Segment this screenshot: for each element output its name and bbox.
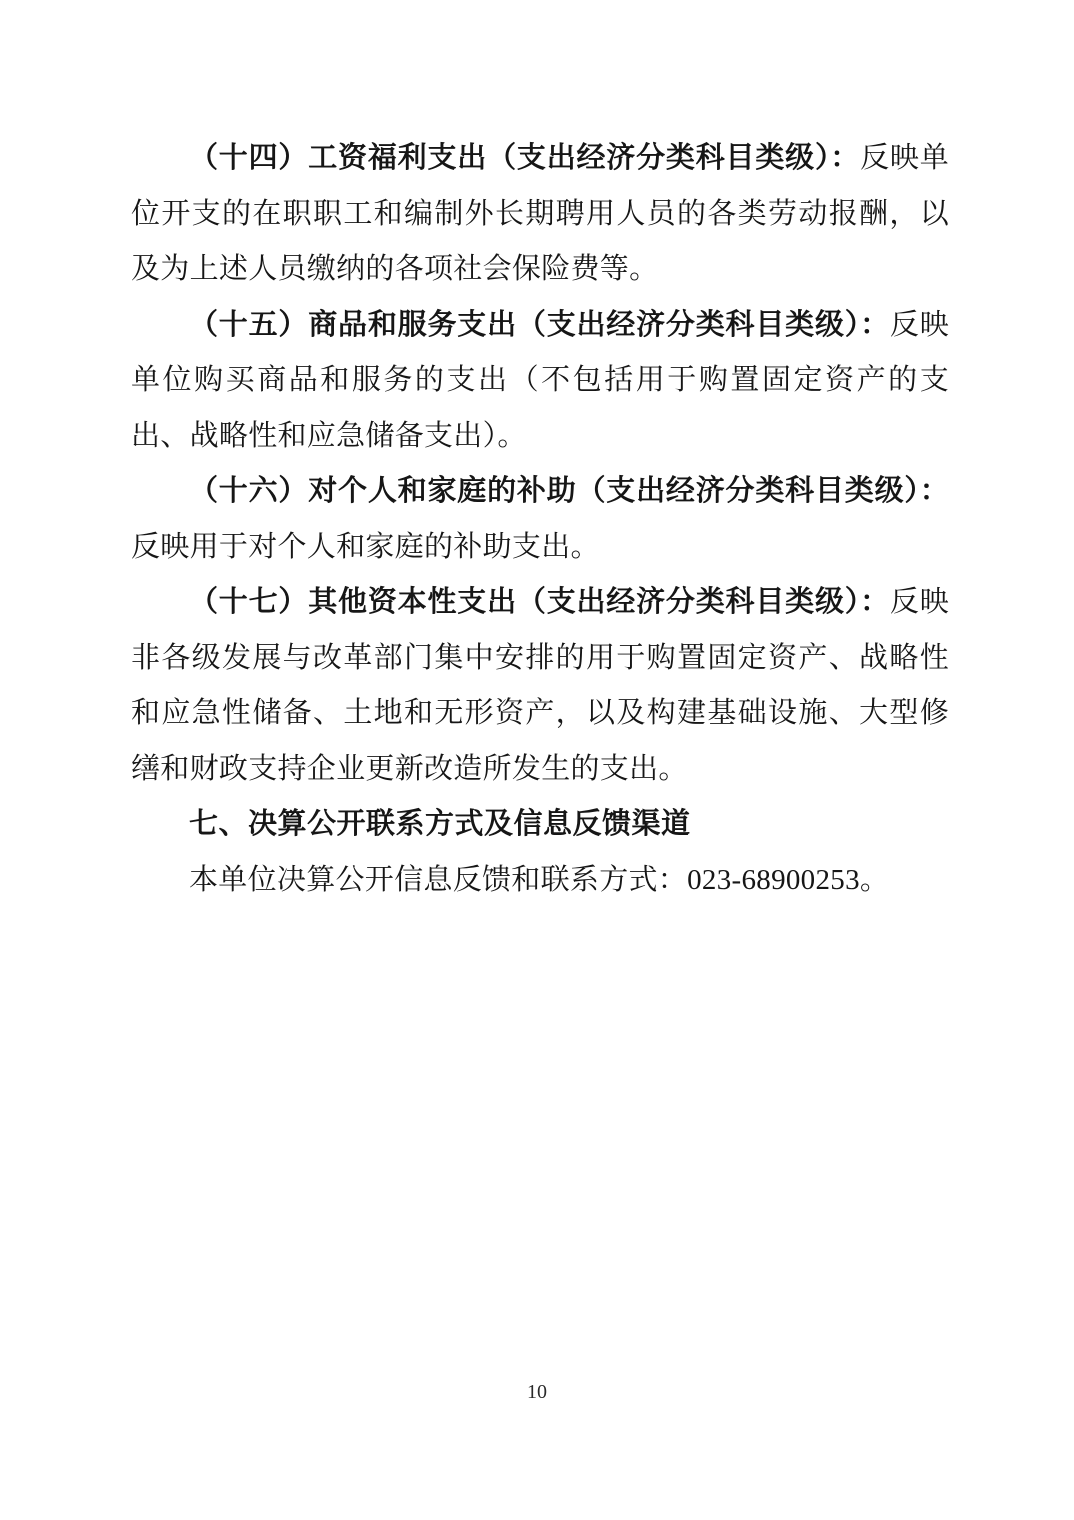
paragraph-lead: （十七）其他资本性支出（支出经济分类科目类级）：: [189, 586, 890, 618]
paragraph-item-15: （十五）商品和服务支出（支出经济分类科目类级）：反映单位购买商品和服务的支出（不…: [131, 298, 949, 465]
paragraph-item-14: （十四）工资福利支出（支出经济分类科目类级）：反映单位开支的在职职工和编制外长期…: [131, 131, 949, 298]
paragraph-lead: （十四）工资福利支出（支出经济分类科目类级）：: [189, 142, 860, 174]
contact-line: 本单位决算公开信息反馈和联系方式：023-68900253。: [131, 853, 949, 909]
paragraph-item-16: （十六）对个人和家庭的补助（支出经济分类科目类级）：反映用于对个人和家庭的补助支…: [131, 464, 949, 575]
document-page: （十四）工资福利支出（支出经济分类科目类级）：反映单位开支的在职职工和编制外长期…: [0, 0, 1074, 1520]
paragraph-item-17: （十七）其他资本性支出（支出经济分类科目类级）：反映非各级发展与改革部门集中安排…: [131, 575, 949, 797]
paragraph-lead: （十五）商品和服务支出（支出经济分类科目类级）：: [189, 309, 890, 341]
page-number: 10: [0, 1380, 1074, 1404]
contact-label: 本单位决算公开信息反馈和联系方式：: [189, 864, 687, 896]
paragraph-text: 反映用于对个人和家庭的补助支出。: [131, 531, 600, 563]
paragraph-lead: （十六）对个人和家庭的补助（支出经济分类科目类级）：: [189, 475, 949, 507]
contact-period: 。: [860, 864, 889, 896]
section-heading: 七、决算公开联系方式及信息反馈渠道: [131, 797, 949, 853]
contact-phone: 023-68900253: [687, 864, 860, 896]
document-body: （十四）工资福利支出（支出经济分类科目类级）：反映单位开支的在职职工和编制外长期…: [131, 131, 949, 908]
